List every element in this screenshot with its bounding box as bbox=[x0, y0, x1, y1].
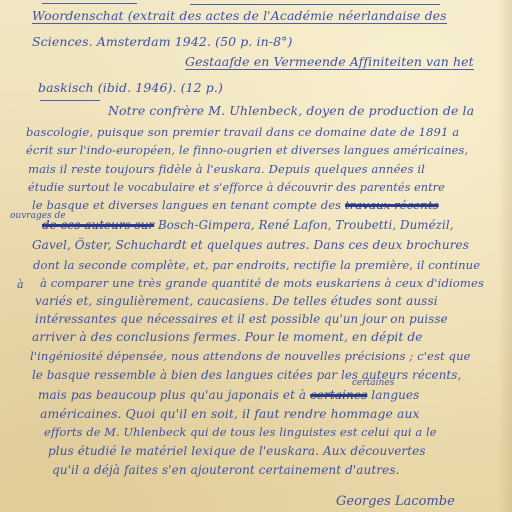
body-line-16-text: mais pas beaucoup plus qu'au japonais et… bbox=[38, 388, 306, 402]
body-line-17: américaines. Quoi qu'il en soit, il faut… bbox=[40, 406, 420, 421]
body-line-2: bascologie, puisque son premier travail … bbox=[26, 125, 459, 139]
body-line-6: le basque et diverses langues en tenant … bbox=[32, 198, 439, 212]
title-gestaafde: Gestaafde en Vermeende Affiniteiten van … bbox=[185, 54, 474, 70]
body-line-15: le basque ressemble à bien des langues c… bbox=[32, 368, 461, 382]
body-line-12: intéressantes que nécessaires et il est … bbox=[35, 312, 448, 326]
body-line-7: de ces auteurs sur Bosch-Gimpera, René L… bbox=[42, 218, 454, 232]
paper-fold-shadow bbox=[498, 0, 512, 512]
header-line-3: Gestaafde en Vermeende Affiniteiten van … bbox=[185, 54, 474, 69]
struck-text-line-16: certaines bbox=[310, 388, 367, 402]
body-line-10: à comparer une très grande quantité de m… bbox=[40, 276, 484, 290]
struck-text-line-6: travaux récents bbox=[345, 198, 439, 212]
margin-insert-a: à bbox=[17, 278, 24, 291]
body-line-1: Notre confrère M. Uhlenbeck, doyen de pr… bbox=[108, 103, 474, 118]
body-line-6-text: le basque et diverses langues en tenant … bbox=[32, 198, 341, 212]
body-line-16: mais pas beaucoup plus qu'au japonais et… bbox=[38, 388, 419, 402]
body-line-18: efforts de M. Uhlenbeck qui de tous les … bbox=[44, 425, 437, 439]
top-underline-left bbox=[42, 3, 137, 4]
body-line-16-end: langues bbox=[371, 388, 419, 402]
body-line-5: étudie surtout le vocabulaire et s'effor… bbox=[28, 181, 445, 194]
signature: Georges Lacombe bbox=[336, 494, 455, 509]
body-line-19: plus étudié le matériel lexique de l'eus… bbox=[48, 444, 426, 458]
struck-text-line-7: de ces auteurs sur bbox=[42, 218, 154, 232]
title-woordenschat: Woordenschat (extrait des actes de l'Aca… bbox=[32, 8, 447, 24]
body-line-4: mais il reste toujours fidèle à l'euskar… bbox=[28, 162, 425, 176]
body-line-14: l'ingéniosité dépensée, nous attendons d… bbox=[30, 349, 471, 363]
body-line-7-text: Bosch-Gimpera, René Lafon, Troubetti, Du… bbox=[158, 218, 454, 232]
body-line-20: qu'il a déjà faites s'en ajouteront cert… bbox=[52, 463, 400, 477]
header-line-2: Sciences. Amsterdam 1942. (50 p. in-8°) bbox=[32, 34, 292, 49]
body-line-11: variés et, singulièrement, caucasiens. D… bbox=[35, 294, 438, 308]
insert-certaines: certaines bbox=[352, 378, 394, 388]
body-line-13: arriver à des conclusions fermes. Pour l… bbox=[32, 330, 423, 344]
top-underline-right bbox=[190, 4, 440, 5]
letter-page: Woordenschat (extrait des actes de l'Aca… bbox=[0, 0, 512, 512]
body-line-9: dont la seconde complète, et, par endroi… bbox=[33, 258, 480, 272]
body-line-3: écrit sur l'indo-européen, le finno-ougr… bbox=[26, 143, 468, 157]
header-line-1: Woordenschat (extrait des actes de l'Aca… bbox=[32, 8, 447, 23]
body-line-8: Gavel, Öster, Schuchardt et quelques aut… bbox=[32, 238, 469, 252]
header-line-4: baskisch (ibid. 1946). (12 p.) bbox=[38, 80, 223, 95]
header-underline-baskisch bbox=[40, 100, 100, 101]
